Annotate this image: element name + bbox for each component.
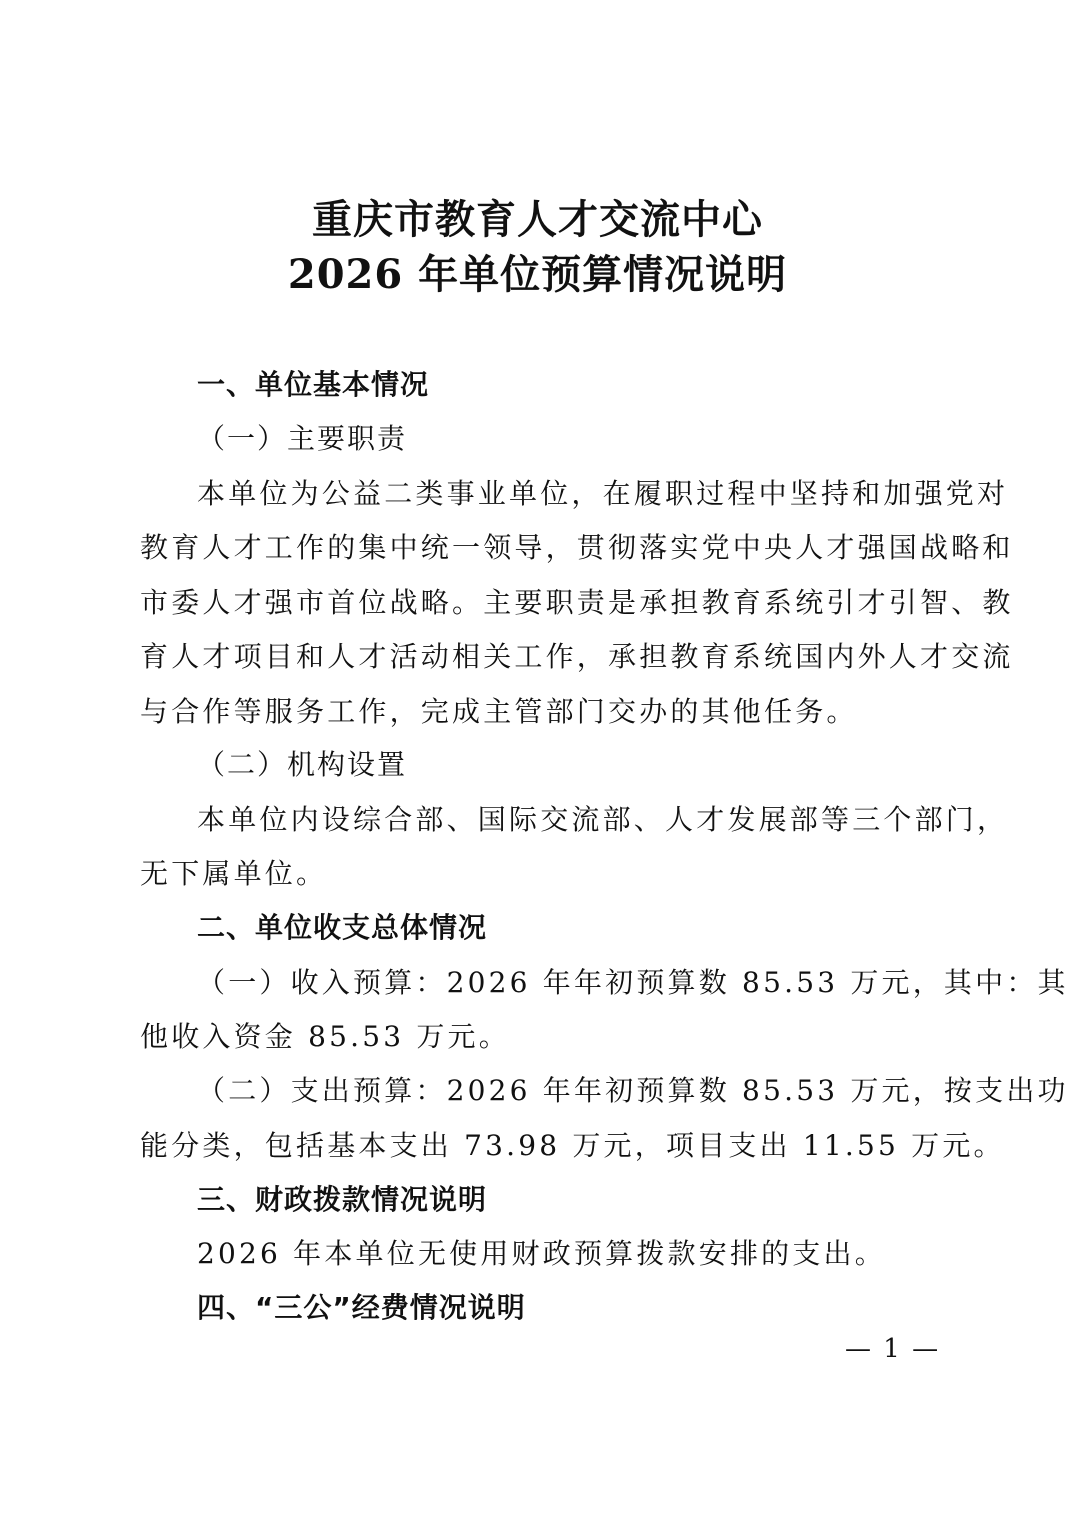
paragraph-line: 本单位内设综合部、国际交流部、人才发展部等三个部门， (197, 800, 942, 840)
paragraph-line: 与合作等服务工作，完成主管部门交办的其他任务。 (140, 692, 940, 732)
paragraph-line: 能分类，包括基本支出 73.98 万元，项目支出 11.55 万元。 (140, 1126, 940, 1166)
section-3-heading: 三、财政拨款情况说明 (197, 1180, 942, 1220)
paragraph-line: 本单位为公益二类事业单位，在履职过程中坚持和加强党对 (197, 474, 942, 514)
section-4-heading: 四、“三公”经费情况说明 (197, 1288, 942, 1328)
subsection-1-2-heading: （二）机构设置 (197, 745, 942, 785)
document-title-line-2: 2026 年单位预算情况说明 (0, 250, 1075, 300)
document-title-line-1: 重庆市教育人才交流中心 (0, 195, 1075, 245)
paragraph-line: 教育人才工作的集中统一领导，贯彻落实党中央人才强国战略和 (140, 528, 940, 568)
paragraph-line: 无下属单位。 (140, 854, 940, 894)
paragraph-line: （一）收入预算：2026 年年初预算数 85.53 万元，其中：其 (197, 963, 942, 1003)
paragraph-line: 2026 年本单位无使用财政预算拨款安排的支出。 (197, 1234, 942, 1274)
section-1-heading: 一、单位基本情况 (197, 365, 942, 405)
section-2-heading: 二、单位收支总体情况 (197, 908, 942, 948)
subsection-1-1-heading: （一）主要职责 (197, 419, 942, 459)
paragraph-line: 育人才项目和人才活动相关工作，承担教育系统国内外人才交流 (140, 637, 940, 677)
paragraph-line: （二）支出预算：2026 年年初预算数 85.53 万元，按支出功 (197, 1071, 942, 1111)
paragraph-line: 他收入资金 85.53 万元。 (140, 1017, 940, 1057)
page-number: — 1 — (845, 1332, 940, 1366)
document-page: 重庆市教育人才交流中心 2026 年单位预算情况说明 一、单位基本情况 （一）主… (0, 0, 1075, 1519)
paragraph-line: 市委人才强市首位战略。主要职责是承担教育系统引才引智、教 (140, 583, 940, 623)
